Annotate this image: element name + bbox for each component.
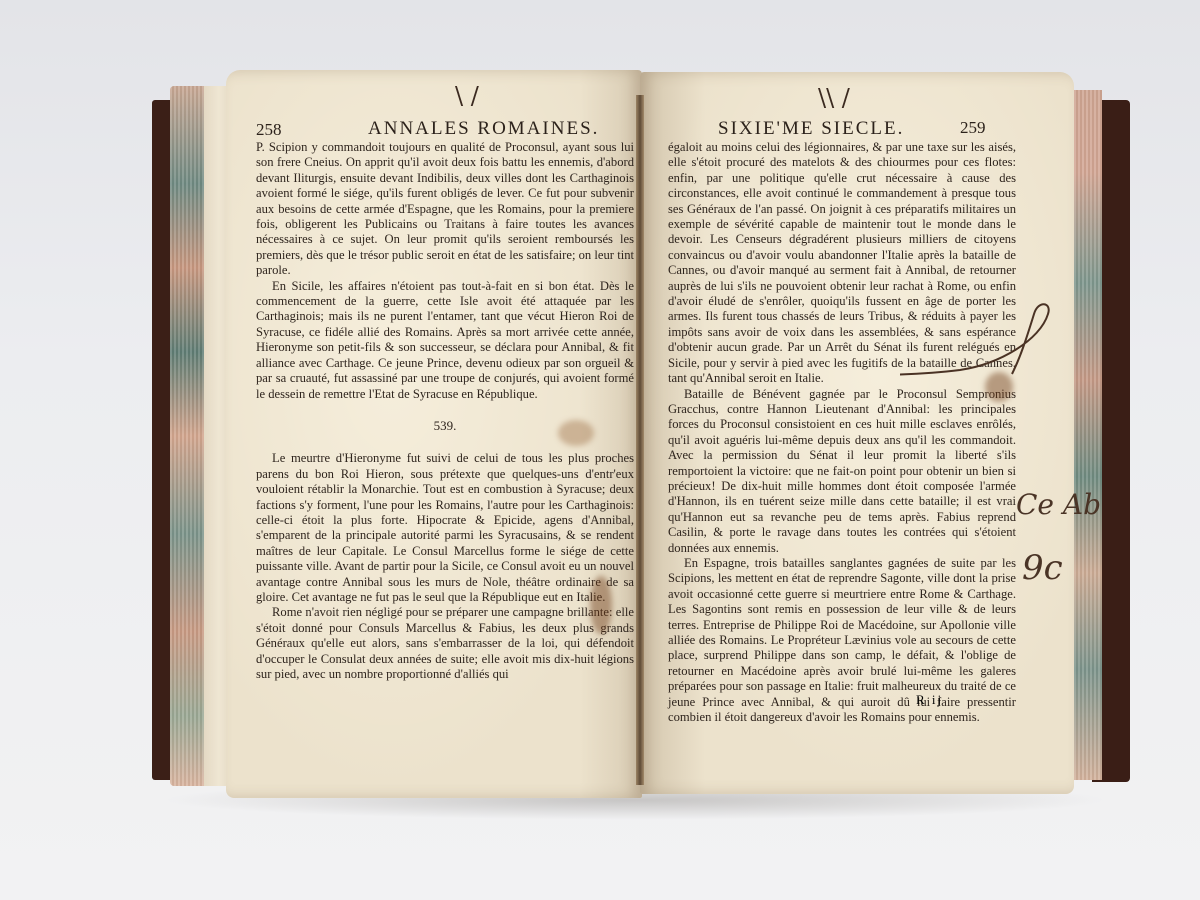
left-ink-mark: \ /: [455, 82, 479, 110]
margin-handwriting-2: 9c: [1022, 548, 1063, 588]
margin-handwriting-1: Ce Ab: [1016, 488, 1101, 521]
signature-mark: R ij: [916, 692, 943, 708]
marbled-page-edge-left: [170, 86, 234, 786]
foxing-stain: [985, 372, 1013, 402]
left-running-head: ANNALES ROMAINES.: [368, 118, 599, 140]
foxing-stain: [590, 576, 612, 634]
right-page-body: égaloit au moins celui des légionnaires,…: [668, 140, 1016, 725]
left-page-number: 258: [256, 120, 282, 140]
paragraph: P. Scipion y commandoit toujours en qual…: [256, 140, 634, 279]
foxing-stain: [558, 420, 594, 446]
paragraph: Rome n'avoit rien négligé pour se prépar…: [256, 605, 634, 682]
book-gutter: [636, 95, 644, 785]
paragraph: Bataille de Bénévent gagnée par le Proco…: [668, 387, 1016, 556]
paragraph: En Espagne, trois batailles sanglantes g…: [668, 556, 1016, 725]
paragraph: Le meurtre d'Hieronyme fut suivi de celu…: [256, 451, 634, 605]
right-page-number: 259: [960, 118, 986, 138]
right-running-head: SIXIE'ME SIECLE.: [718, 118, 904, 140]
right-ink-mark: \\ /: [818, 84, 850, 112]
ink-flourish: [900, 300, 1060, 390]
paragraph: En Sicile, les affaires n'étoient pas to…: [256, 279, 634, 402]
left-page-body: P. Scipion y commandoit toujours en qual…: [256, 140, 634, 682]
